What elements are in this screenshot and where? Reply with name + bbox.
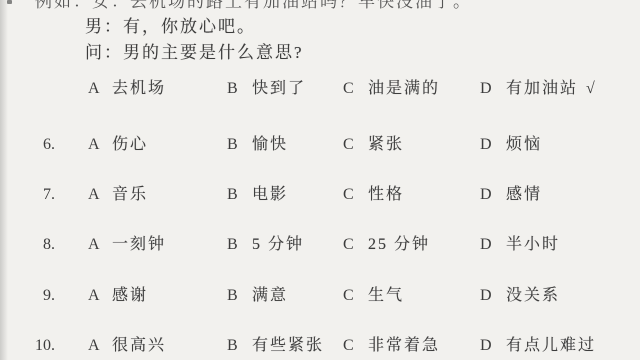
clipped-character-fragment [7, 0, 12, 4]
option-text: 生气 [368, 286, 404, 306]
clipped-example-dialogue-line: 例如：女：去机场的路上有加油站吗？车快没油了。 [35, 0, 472, 12]
question-row-8: 8.A一刻钟B5 分钟C25 分钟D半小时 [0, 235, 640, 255]
option-letter-b: B [227, 286, 238, 306]
option-letter-a: A [88, 79, 100, 99]
option-letter-d: D [480, 135, 492, 155]
example-answer-row: A去机场B快到了C油是满的D有加油站√ [0, 79, 640, 99]
option-letter-c: C [343, 79, 354, 99]
option-text: 半小时 [506, 235, 560, 255]
option-text: 紧张 [368, 135, 404, 155]
option-text: 有加油站 [506, 79, 578, 99]
question-row-6: 6.A伤心B愉快C紧张D烦恼 [0, 135, 640, 155]
option-text: 一刻钟 [112, 235, 166, 255]
option-text: 伤心 [112, 135, 148, 155]
option-text: 有些紧张 [252, 336, 324, 356]
option-letter-a: A [88, 286, 100, 306]
question-number: 8. [18, 235, 55, 255]
option-text: 电影 [252, 185, 288, 205]
option-letter-b: B [227, 135, 238, 155]
question-number: 9. [18, 286, 55, 306]
option-letter-a: A [88, 235, 100, 255]
option-text: 去机场 [112, 79, 166, 99]
option-letter-a: A [88, 336, 100, 356]
option-letter-d: D [480, 336, 492, 356]
option-letter-c: C [343, 286, 354, 306]
option-text: 满意 [252, 286, 288, 306]
option-letter-b: B [227, 336, 238, 356]
option-letter-a: A [88, 185, 100, 205]
option-letter-d: D [480, 79, 492, 99]
option-text: 非常着急 [368, 336, 440, 356]
option-text: 音乐 [112, 185, 148, 205]
question-number: 7. [18, 185, 55, 205]
option-letter-c: C [343, 135, 354, 155]
option-text: 25 分钟 [368, 235, 430, 255]
test-paper-page: 例如：女：去机场的路上有加油站吗？车快没油了。 男：有，你放心吧。 问：男的主要… [0, 0, 640, 360]
option-letter-c: C [343, 336, 354, 356]
question-row-7: 7.A音乐B电影C性格D感情 [0, 185, 640, 205]
question-number: 10. [18, 336, 55, 356]
question-row-10: 10.A很高兴B有些紧张C非常着急D有点儿难过 [0, 336, 640, 356]
option-letter-c: C [343, 235, 354, 255]
option-letter-b: B [227, 185, 238, 205]
option-letter-b: B [227, 79, 238, 99]
dialogue-line-question: 问：男的主要是什么意思? [85, 42, 304, 64]
option-letter-d: D [480, 235, 492, 255]
question-number: 6. [18, 135, 55, 155]
option-letter-c: C [343, 185, 354, 205]
option-letter-a: A [88, 135, 100, 155]
question-row-9: 9.A感谢B满意C生气D没关系 [0, 286, 640, 306]
correct-answer-checkmark: √ [586, 79, 595, 99]
scan-edge-shadow [0, 0, 8, 360]
option-text: 5 分钟 [252, 235, 304, 255]
option-letter-d: D [480, 286, 492, 306]
dialogue-line-man: 男：有，你放心吧。 [85, 16, 256, 38]
option-text: 油是满的 [368, 79, 440, 99]
option-letter-b: B [227, 235, 238, 255]
option-text: 性格 [368, 185, 404, 205]
option-text: 感谢 [112, 286, 148, 306]
option-text: 感情 [506, 185, 542, 205]
option-text: 愉快 [252, 135, 288, 155]
option-text: 有点儿难过 [506, 336, 596, 356]
option-text: 很高兴 [112, 336, 166, 356]
option-text: 烦恼 [506, 135, 542, 155]
option-text: 没关系 [506, 286, 560, 306]
option-letter-d: D [480, 185, 492, 205]
option-text: 快到了 [252, 79, 306, 99]
